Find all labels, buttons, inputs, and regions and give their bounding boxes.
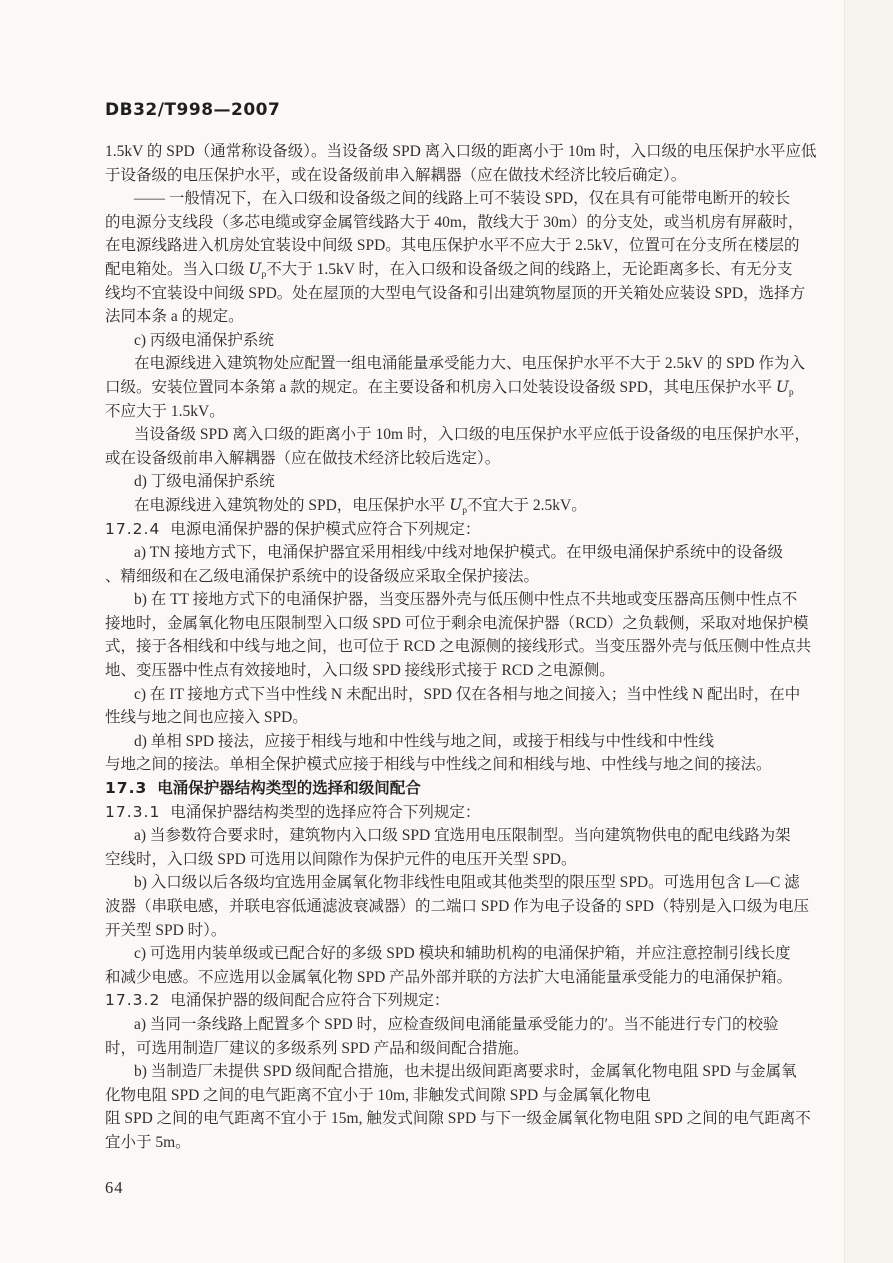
section-heading-line: 17.3电涌保护器结构类型的选择和级间配合 (105, 777, 845, 801)
text-line: 地、变压器中性点有效接地时，入口级 SPD 接线形式接于 RCD 之电源侧。 (105, 659, 845, 683)
section-heading-line: 17.3.1电涌保护器结构类型的选择应符合下列规定： (105, 801, 845, 825)
symbol-Up: Up (776, 379, 794, 396)
text-line: 空线时，入口级 SPD 可选用以间隙作为保护元件的电压开关型 SPD。 (105, 848, 845, 872)
text-line: d) 丁级电涌保护系统 (105, 470, 845, 494)
text-line: 配电箱处。当入口级 Up不大于 1.5kV 时，在入口级和设备级之间的线路上，无… (105, 258, 845, 282)
text-line: 线均不宜装设中间级 SPD。处在屋顶的大型电气设备和引出建筑物屋顶的开关箱处应装… (105, 282, 845, 306)
text-line: 口级。安装位置同本条第 a 款的规定。在主要设备和机房入口处装设设备级 SPD，… (105, 376, 845, 400)
text-line: b) 在 TT 接地方式下的电涌保护器，当变压器外壳与低压侧中性点不共地或变压器… (105, 588, 845, 612)
text-line: 化物电阻 SPD 之间的电气距离不宜小于 10m, 非触发式间隙 SPD 与金属… (105, 1084, 845, 1108)
text-line: a) 当同一条线路上配置多个 SPD 时，应检查级间电涌能量承受能力的′。当不能… (105, 1013, 845, 1037)
text-line: 性线与地之间也应接入 SPD。 (105, 706, 845, 730)
section-heading-line: 17.2.4电源电涌保护器的保护模式应符合下列规定： (105, 518, 845, 542)
text-line: 时，可选用制造厂建议的多级系列 SPD 产品和级间配合措施。 (105, 1037, 845, 1061)
text-line: 在电源线进入建筑物处的 SPD，电压保护水平 Up不宜大于 2.5kV。 (105, 494, 845, 518)
text-line: a) 当参数符合要求时，建筑物内入口级 SPD 宜选用电压限制型。当向建筑物供电… (105, 824, 845, 848)
text-line: 1.5kV 的 SPD（通常称设备级）。当设备级 SPD 离入口级的距离小于 1… (105, 140, 845, 164)
scanned-document-page: DB32/T998—2007 1.5kV 的 SPD（通常称设备级）。当设备级 … (0, 0, 893, 1263)
text-line: 、精细级和在乙级电涌保护系统中的设备级应采取全保护接法。 (105, 565, 845, 589)
page-number: 64 (105, 1178, 124, 1198)
text-line: 的电源分支线段（多芯电缆或穿金属管线路大于 40m，散线大于 30m）的分支处，… (105, 211, 845, 235)
text-line: 于设备级的电压保护水平，或在设备级前串入解耦器（应在做技术经济比较后确定）。 (105, 164, 845, 188)
text-line: 不应大于 1.5kV。 (105, 400, 845, 424)
text-line: 波器（串联电感，并联电容低通滤波衰减器）的二端口 SPD 作为电子设备的 SPD… (105, 895, 845, 919)
text-line: 或在设备级前串入解耦器（应在做技术经济比较后选定）。 (105, 447, 845, 471)
text-line: d) 单相 SPD 接法，应接于相线与地和中性线与地之间，或接于相线与中性线和中… (105, 730, 845, 754)
standard-number-header: DB32/T998—2007 (105, 100, 280, 120)
text-line: 在电源线路进入机房处宜装设中间级 SPD。其电压保护水平不应大于 2.5kV，位… (105, 234, 845, 258)
section-heading-line: 17.3.2电涌保护器的级间配合应符合下列规定： (105, 989, 845, 1013)
section-number: 17.3.1 (105, 803, 160, 821)
text-line: 与地之间的接法。单相全保护模式应接于相线与中性线之间和相线与地、中性线与地之间的… (105, 753, 845, 777)
text-line: c) 可选用内装单级或已配合好的多级 SPD 模块和辅助机构的电涌保护箱，并应注… (105, 942, 845, 966)
text-line: —— 一般情况下，在入口级和设备级之间的线路上可不装设 SPD，仅在具有可能带电… (105, 187, 845, 211)
text-line: 阻 SPD 之间的电气距离不宜小于 15m, 触发式间隙 SPD 与下一级金属氧… (105, 1107, 845, 1131)
text-line: 和减少电感。不应选用以金属氧化物 SPD 产品外部并联的方法扩大电涌能量承受能力… (105, 966, 845, 990)
document-body: 1.5kV 的 SPD（通常称设备级）。当设备级 SPD 离入口级的距离小于 1… (105, 140, 845, 1155)
scan-edge-artifact (844, 0, 893, 1263)
text-line: b) 当制造厂未提供 SPD 级间配合措施，也未提出级间距离要求时，金属氧化物电… (105, 1060, 845, 1084)
symbol-Up: Up (449, 497, 467, 514)
text-line: c) 在 IT 接地方式下当中性线 N 未配出时，SPD 仅在各相与地之间接入；… (105, 683, 845, 707)
text-line: c) 丙级电涌保护系统 (105, 329, 845, 353)
text-line: 接地时，金属氧化物电压限制型入口级 SPD 可位于剩余电流保护器（RCD）之负载… (105, 612, 845, 636)
text-line: a) TN 接地方式下，电涌保护器宜采用相线/中线对地保护模式。在甲级电涌保护系… (105, 541, 845, 565)
text-line: 在电源线进入建筑物处应配置一组电涌能量承受能力大、电压保护水平不大于 2.5kV… (105, 352, 845, 376)
section-number: 17.3.2 (105, 991, 160, 1009)
text-line: b) 入口级以后各级均宜选用金属氧化物非线性电阻或其他类型的限压型 SPD。可选… (105, 871, 845, 895)
section-number: 17.3 (105, 779, 147, 797)
text-line: 式，接于各相线和中线与地之间，也可位于 RCD 之电源侧的接线形式。当变压器外壳… (105, 635, 845, 659)
symbol-Up: Up (248, 261, 266, 278)
text-line: 开关型 SPD 时）。 (105, 919, 845, 943)
text-line: 法同本条 a 的规定。 (105, 305, 845, 329)
section-number: 17.2.4 (105, 520, 160, 538)
text-line: 当设备级 SPD 离入口级的距离小于 10m 时，入口级的电压保护水平应低于设备… (105, 423, 845, 447)
text-line: 宜小于 5m。 (105, 1131, 845, 1155)
